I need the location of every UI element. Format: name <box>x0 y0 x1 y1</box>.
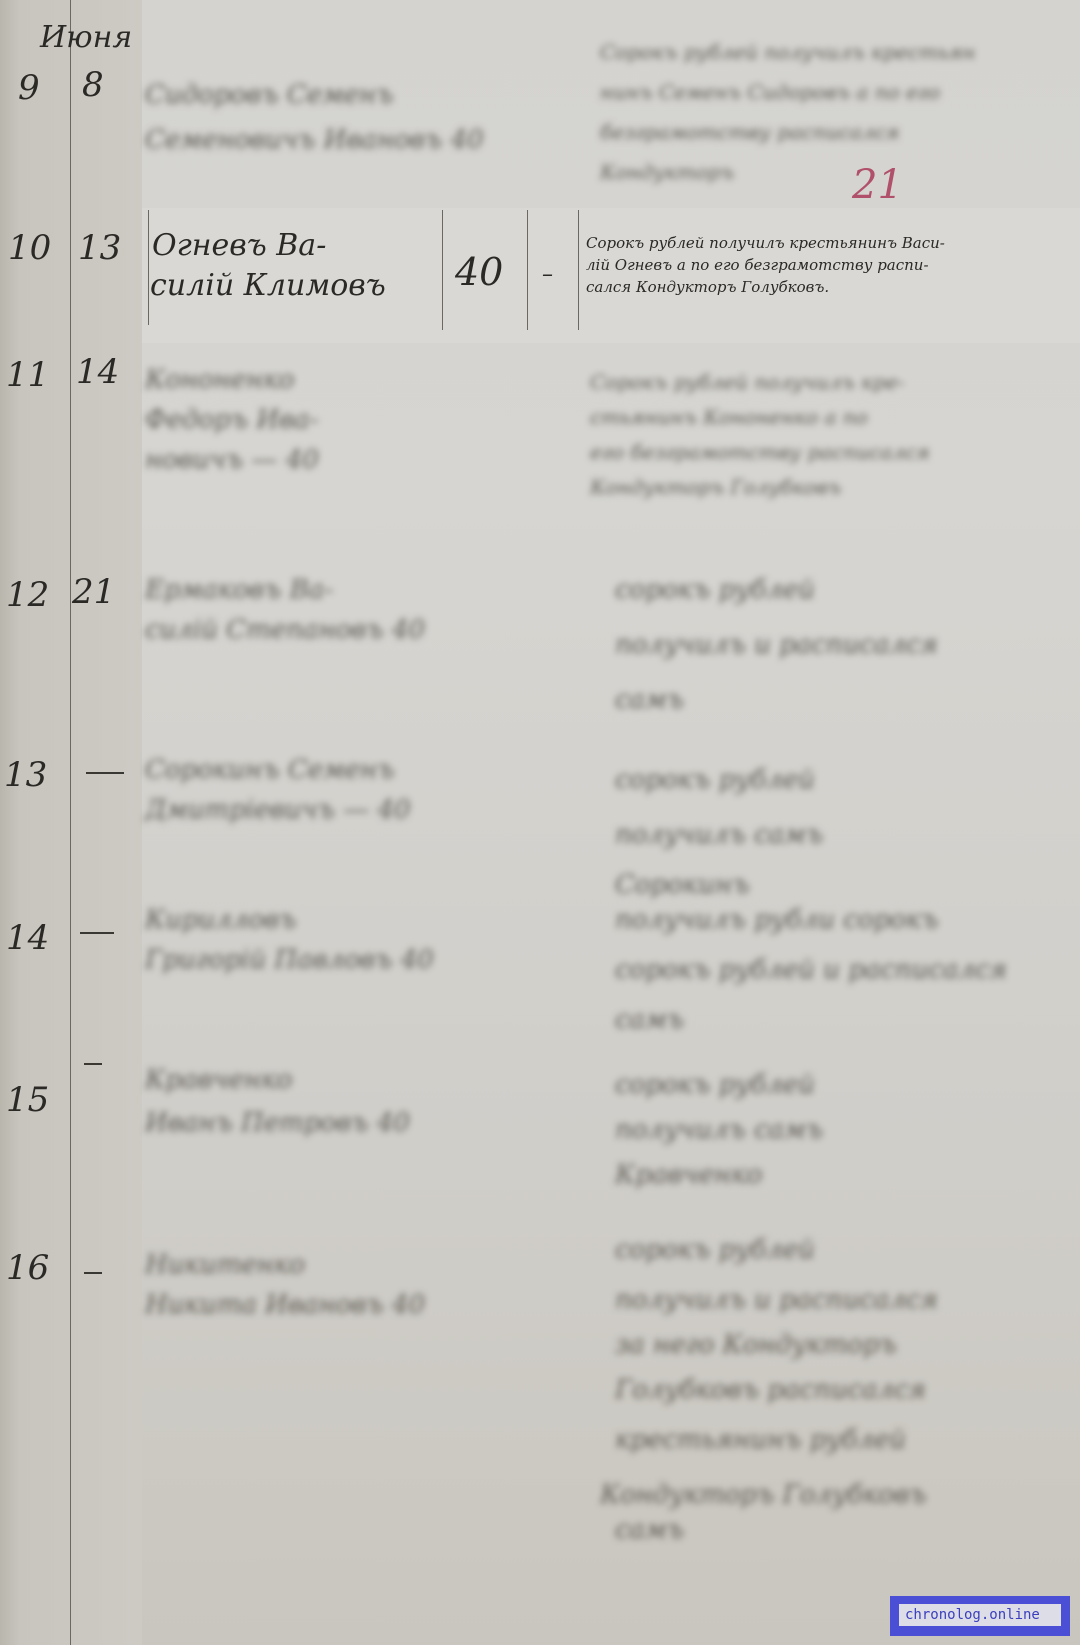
blurred-name: Федоръ Ива- <box>145 405 318 435</box>
blurred-note: самъ <box>615 1005 684 1035</box>
column-rule <box>527 210 528 330</box>
blurred-note: получилъ рубли сорокъ <box>615 905 939 935</box>
receipt-note-line1: Сорокъ рублей получилъ крестьянинъ Васи- <box>586 232 945 254</box>
blurred-note: получилъ и расписался <box>615 630 938 660</box>
payee-name-line1: Огневъ Ва- <box>152 228 326 263</box>
blurred-note: самъ <box>615 685 684 715</box>
blurred-note: Сорокинъ <box>615 870 750 900</box>
blurred-note: Кондукторъ Голубковъ <box>590 475 841 499</box>
column-rule <box>578 210 579 330</box>
blurred-note: получилъ самъ <box>615 1115 823 1145</box>
blurred-note: Сорокъ рублей получилъ кре- <box>590 370 905 394</box>
blurred-name: Ермаковъ Ва- <box>145 575 333 605</box>
row-day: 8 <box>82 65 104 105</box>
blurred-name: Кравченко <box>145 1065 292 1095</box>
ledger-page: Июня 9 8 10 13 11 14 12 21 13 14 15 16 О… <box>0 0 1080 1645</box>
blurred-note: Голубковъ расписался <box>615 1375 926 1405</box>
row-day: 13 <box>78 228 121 268</box>
row-number: 15 <box>6 1080 49 1120</box>
blurred-note: сорокъ рублей <box>615 1235 815 1265</box>
row-day: 14 <box>76 352 119 392</box>
blurred-note: стьянинъ Кононенко а по <box>590 405 868 429</box>
blurred-note: самъ <box>615 1515 684 1545</box>
row-number: 14 <box>6 918 49 958</box>
kopecks-mark: – <box>542 262 553 287</box>
blurred-name: Кононенко <box>145 365 294 395</box>
blurred-name: Дмитріевичъ — 40 <box>145 795 410 825</box>
blurred-note: получилъ самъ <box>615 820 823 850</box>
watermark-badge: chronolog.online <box>890 1596 1070 1636</box>
blurred-note: нинъ Семенъ Сидоровъ а по его <box>600 80 940 104</box>
day-dash <box>86 772 124 774</box>
amount: 40 <box>455 250 503 294</box>
blurred-note: сорокъ рублей <box>615 765 815 795</box>
row-number: 16 <box>6 1248 49 1288</box>
blurred-note: Кондукторъ <box>600 160 734 184</box>
watermark-text: chronolog.online <box>899 1604 1061 1626</box>
blurred-name: Семеновичъ Ивановъ 40 <box>145 125 484 155</box>
blurred-note: Сорокъ рублей получилъ крестьян <box>600 40 975 64</box>
blurred-note: сорокъ рублей и расписался <box>615 955 1007 985</box>
blurred-name: Григорій Павловъ 40 <box>145 945 434 975</box>
blurred-note: его безграмотству расписался <box>590 440 929 464</box>
payee-name-line2: силій Климовъ <box>150 268 386 303</box>
blurred-name: силій Степановъ 40 <box>145 615 425 645</box>
column-rule <box>442 210 443 330</box>
day-dash <box>84 1063 102 1065</box>
row-day: 21 <box>72 572 115 612</box>
red-ink-mark: 21 <box>852 162 903 208</box>
blurred-name: Кирилловъ <box>145 905 296 935</box>
day-dash <box>80 932 114 934</box>
blurred-note: сорокъ рублей <box>615 1070 815 1100</box>
blurred-name: Никита Ивановъ 40 <box>145 1290 425 1320</box>
blurred-note: Кравченко <box>615 1160 762 1190</box>
blurred-note: крестьянинъ рублей <box>615 1425 906 1455</box>
blurred-name: новичъ — 40 <box>145 445 319 475</box>
blurred-name: Сидоровъ Семенъ <box>145 80 393 110</box>
blurred-name: Сорокинъ Семенъ <box>145 755 395 785</box>
row-number: 11 <box>6 355 49 395</box>
column-rule <box>148 210 149 325</box>
blurred-note: безграмотству расписался <box>600 120 899 144</box>
column-rule <box>70 0 71 1645</box>
row-number: 10 <box>8 228 51 268</box>
blurred-note: получилъ и расписался <box>615 1285 938 1315</box>
blurred-note: сорокъ рублей <box>615 575 815 605</box>
row-number: 13 <box>4 755 47 795</box>
blurred-name: Никитенко <box>145 1250 305 1280</box>
blurred-name: Иванъ Петровъ 40 <box>145 1108 410 1138</box>
row-number: 12 <box>6 575 49 615</box>
blurred-note: за него Кондукторъ <box>615 1330 897 1360</box>
row-number: 9 <box>18 68 40 108</box>
header-month: Июня <box>40 20 132 55</box>
receipt-note-line3: сался Кондукторъ Голубковъ. <box>586 276 829 298</box>
blurred-note: Кондукторъ Голубковъ <box>600 1480 927 1510</box>
receipt-note-line2: лій Огневъ а по его безграмотству распи- <box>586 254 929 276</box>
day-dash <box>84 1272 102 1274</box>
